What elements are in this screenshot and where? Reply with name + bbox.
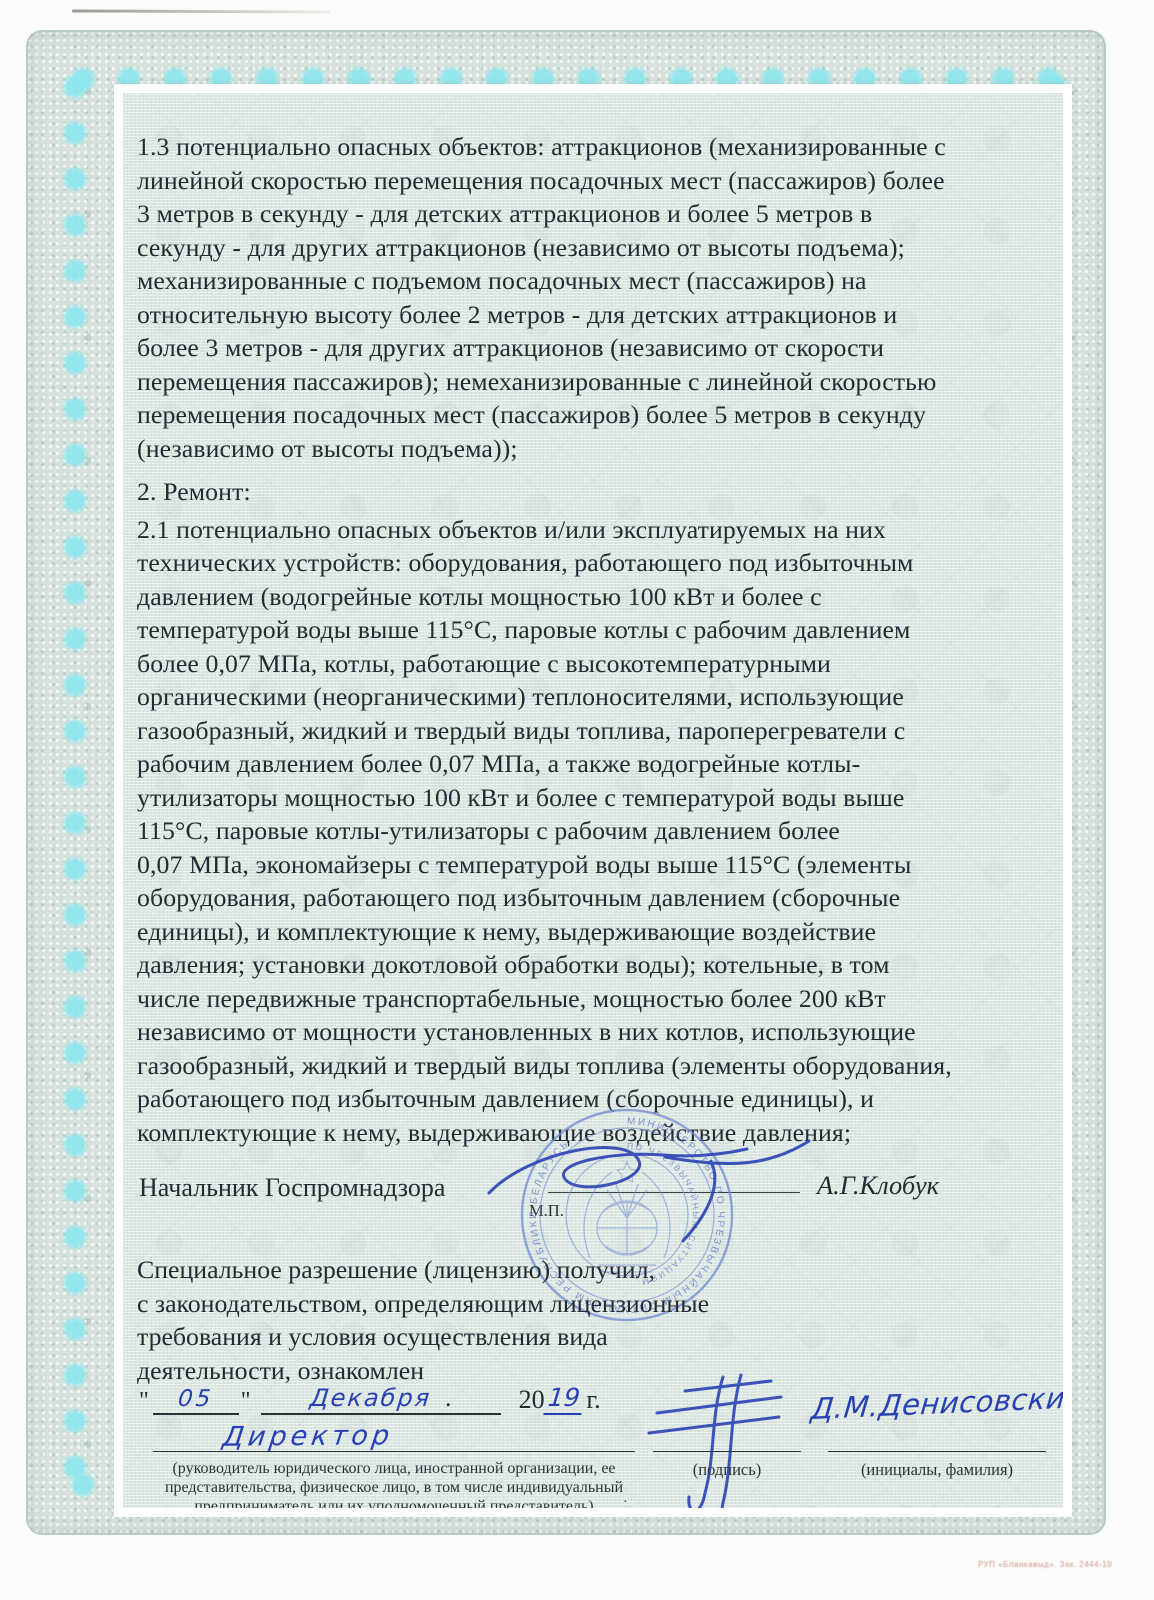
year-label: г.	[586, 1385, 600, 1415]
handwritten-name: Д.М.Денисовский	[809, 1380, 1063, 1426]
handwritten-year: 19	[543, 1383, 584, 1415]
official-name: А.Г.Клобук	[817, 1170, 939, 1201]
license-document-page: 1.3 потенциально опасных объектов: аттра…	[0, 0, 1154, 1600]
position-caption: (руководитель юридического лица, иностра…	[153, 1459, 635, 1508]
day-field: 05	[153, 1381, 239, 1415]
quote-close: "	[239, 1388, 253, 1415]
handwritten-month: Декабря	[308, 1384, 432, 1413]
signature-caption: (подпись)	[653, 1460, 801, 1480]
month-dot: .	[445, 1385, 451, 1413]
stray-ink-mark: ·	[623, 1495, 628, 1508]
handwritten-day: 05	[177, 1386, 215, 1413]
official-signature	[479, 1125, 819, 1245]
quote-open: "	[137, 1388, 151, 1415]
scan-artifact	[72, 9, 330, 13]
official-title: Начальник Госпромнадзора	[139, 1173, 445, 1203]
name-caption: (инициалы, фамилия)	[828, 1460, 1046, 1480]
month-field: Декабря.	[261, 1381, 501, 1415]
handwritten-position: Директор	[221, 1420, 395, 1452]
printer-imprint: РУП «Бланкавыд». Зак. 2444-19	[978, 1560, 1150, 1569]
signer-signature	[623, 1365, 818, 1508]
position-line	[153, 1451, 635, 1452]
body-text: 1.3 потенциально опасных объектов: аттра…	[123, 93, 1061, 1149]
document-paper: 1.3 потенциально опасных объектов: аттра…	[123, 93, 1063, 1508]
clause-1-3: 1.3 потенциально опасных объектов: аттра…	[137, 130, 1049, 465]
section-2-title: 2. Ремонт:	[137, 475, 1049, 509]
year-prefix: 20	[519, 1385, 545, 1415]
signature-line	[653, 1451, 801, 1452]
clause-2-1: 2.1 потенциально опасных объектов и/или …	[137, 513, 1049, 1150]
border-scallop-left	[62, 64, 89, 1501]
name-line	[828, 1451, 1046, 1452]
date-line: " 05 " Декабря. 20 19 г.	[137, 1381, 601, 1415]
document-sheet: 1.3 потенциально опасных объектов: аттра…	[114, 84, 1072, 1517]
